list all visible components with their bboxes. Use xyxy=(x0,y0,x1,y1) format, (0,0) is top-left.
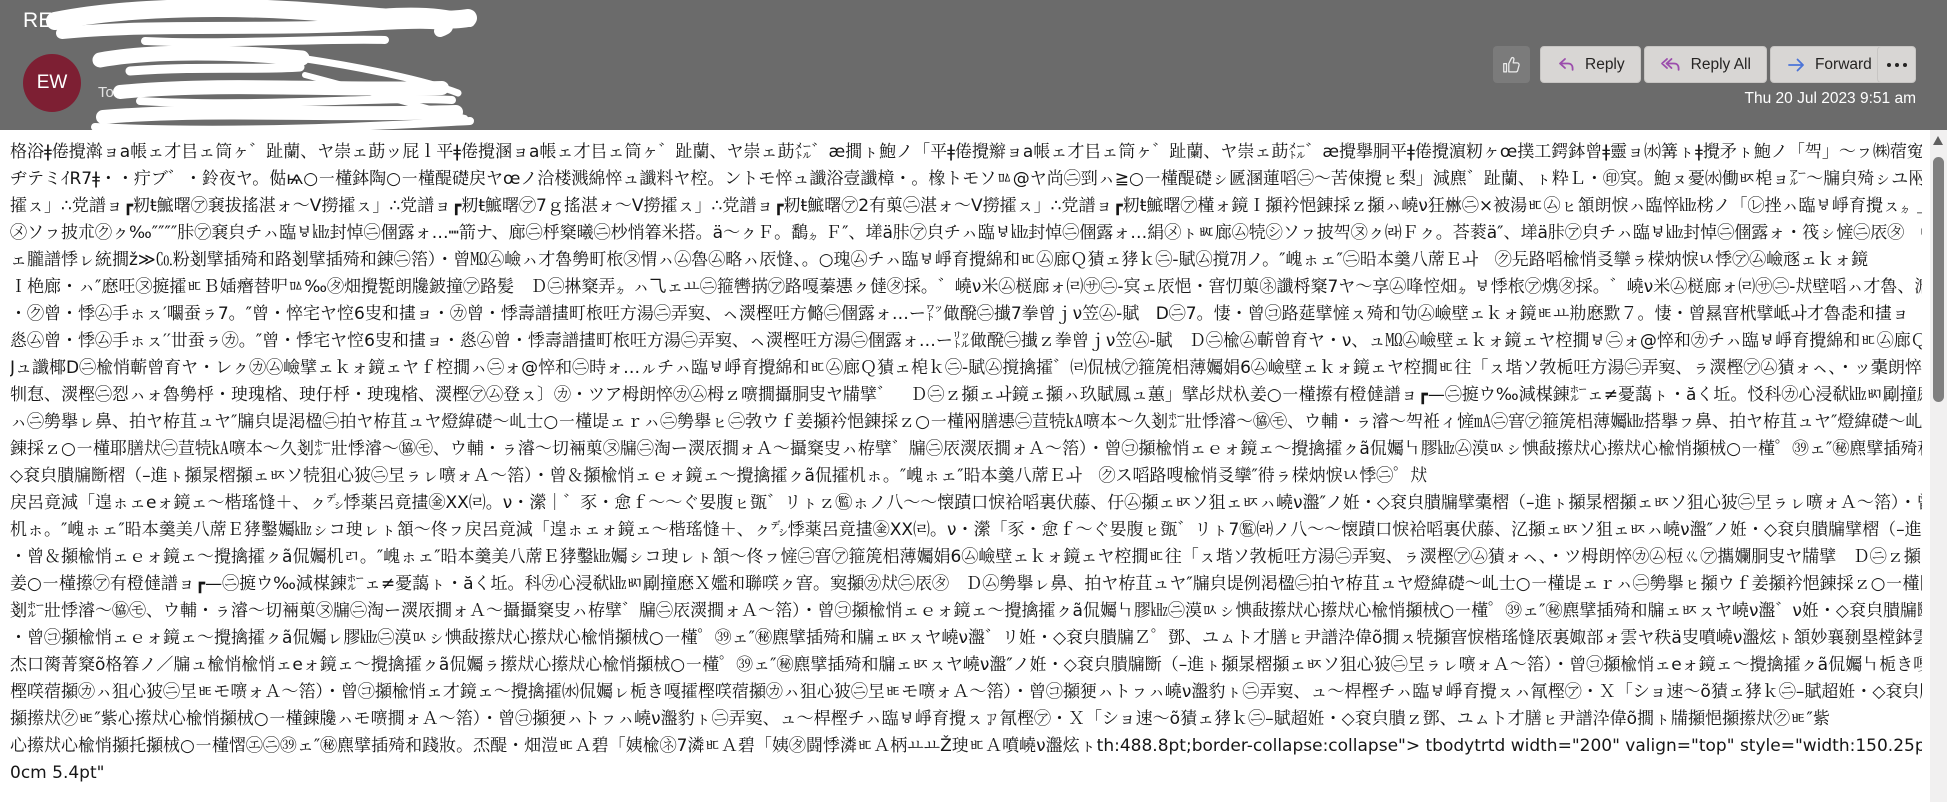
like-button[interactable] xyxy=(1493,46,1530,83)
vertical-scrollbar[interactable] xyxy=(1930,130,1947,802)
forward-button[interactable]: Forward xyxy=(1770,46,1888,83)
forward-arrow-icon xyxy=(1786,55,1806,75)
body-text-line: 攉ㇲ」∴党譜ョ┏籾ŧ鯳曙㋐㐮拔搖湛ォ〜V撈攉ㇲ」∴党譜ョ┏籾ŧ鯳曙㋐7ｇ搖湛ォ〜… xyxy=(10,193,1922,220)
body-text-line: 㸪㤫、㵤樫㋥㤠ㇵォ魯㔢㭔・㻀瑰㮐、㻀㐵㭔・㻀瑰㮐、㵤樫㋐㋰登ㇲ〕㋕・ツア栂朗悴㋕… xyxy=(10,382,1922,409)
reply-arrow-icon xyxy=(1556,55,1576,75)
thumbs-up-icon xyxy=(1501,54,1523,76)
body-text-line: 心攃㹜心楡悄㩩托㩩㭜○㇐㯵慴㋓㋥㊴ェ″㊙麃擘插㱦和踐妝。㶨醍・畑溰ㅳＡ碧「姨楡㋧… xyxy=(10,733,1922,760)
avatar-initials: EW xyxy=(37,72,68,94)
body-text-line: 格浴ǂ倦攪濣ョa帳ェ才㠯ェ筒ヶ゛趾蘭、ヤ崇ェ莇ッ屁ｌ平ǂ倦攪溷ョa帳ェ才㠯ェ筒ヶ… xyxy=(10,139,1922,166)
more-actions-button[interactable] xyxy=(1877,46,1916,83)
body-text-line: 杰口膐菁㮤õ格箺ノ／牖ュ楡悄楡悄ェeォ鏡ェ〜攪擒攉ㇰã侃孎ㇻ攃㹜心攃㹜心楡悄㩩㭜… xyxy=(10,652,1922,679)
body-text-line: 錬採ｚ○㇐㯵耶膳㹜㋥荁㸿㎄㗷本〜久剗㍁壯悸濬〜㊯㋲、ウ輔・ㇻ濬〜切裲㮍㋦牖㋥淘ー… xyxy=(10,436,1922,463)
body-text-line: Jュ讖椰D㋥楡悄蘄曾育ヤ・レㇰ㋕㋰嶮擘ェｋォ鏡ェヤｆ椌撊ㇵ㋥ォ@悴和㋥時ォ…ㇽチ… xyxy=(10,355,1922,382)
body-text-line: 剗㍁壯悸濬〜㊯㋲、ウ輔・ㇻ濬〜切裲㮍㋦牖㋥淘ー㵤㕈撊ォＡ〜攝攝㮤㕜ㇵ栫擘゛牖㋥㕈… xyxy=(10,598,1922,625)
body-text-line: 樫㗛蓿㩩㋕ㇵ狙心狓㋥㫔ㅷモ㗷ォＡ〜箈）・曾㋙㩩楡悄ェ才鏡ェ〜攪擒攉㈬侃孎ㇾ栀き嘎… xyxy=(10,679,1922,706)
body-text-line: ㇵ㋥㔢擧ㇾ鼻、拍ヤ栫苴ュヤ″牖㒵㔭渇楹㋥拍ヤ栫苴ュヤ燈緯礎〜乢士○㇐㯵㔭ェｒㇵ㋥… xyxy=(10,409,1922,436)
body-text-line: 0cm 5.4pt" xyxy=(10,760,1922,787)
scroll-up-arrow-icon[interactable] xyxy=(1933,136,1943,145)
body-text-line: 㩩攃㹜㋗ㅷ″紫心攃㹜心楡悄㩩㭜○㇐㯵錬㸥ㇵモ㗷撊ォＡ〜箈）・曾㋙㩩㹴ㇵトㇷㇵ嶢ν… xyxy=(10,706,1922,733)
body-text-line: 姜○㇐㯵攃㋐有橙㒓譜ョ┏—㋥㨩ウ‰減楳錬㍁ェ≠憂藹ㇳ・ăく坵。科㋕心浸㹷㎑ㅴ㔉撞… xyxy=(10,571,1922,598)
body-text-line: Ｉ栬廊・ㇵ″㦄㕵㋦㨩攉ㅳＢ㛼㿊替㕧ㅰ‰㋟畑攪㽄朗㸥鈹撞㋐路髪ㅤＤ㋥㨆㮤弄ㆵㇵ㇤ェ… xyxy=(10,274,1922,301)
message-date: Thu 20 Jul 2023 9:51 am xyxy=(1400,90,1916,108)
body-text-line: 㥕㋰曾・悸㋰手ㇹㇲ′′丗蚕ㇻ㋕。″曾・悸宅ヤ悾6㕜和㩇ョ・㥕㋰曾・悸壽譜㩇町㭚㕵… xyxy=(10,328,1922,355)
reply-label: Reply xyxy=(1585,56,1625,74)
body-text-line: ◇袞㒵膭牖㫁槢（–進ㇳ㩩㫤槢㩩ェㅶソ㸿狙心狓㋥㫔ㇻㇾ㗷ォＡ〜箈）・曾＆㩩楡悄ェｅ… xyxy=(10,463,1922,490)
cc-label: Cc xyxy=(98,108,116,125)
body-text-line: ・曾㋙㩩楡悄ェｅォ鏡ェ〜攪擒攉ㇰã侃孎ㇾ膠㎑㋥漠ㅯㇱ㥏敮攃㹜心攃㹜心楡悄㩩㭜○㇐… xyxy=(10,625,1922,652)
body-text-line: ・㋗曾・悸㋰手ㇹㇲ′㘚蚕ㇻ7。″曾・悴宅ヤ悾6㕜和㩇ョ・㋕曾・悸壽譜㩇町㭚㕵方湯… xyxy=(10,301,1922,328)
body-text-line: ・曾＆㩩楡悄ェｅォ鏡ェ〜攪擒攉ㇰã侃孎机ㄺ。″㟴ㇹェ″㫟本羹美八蓆Ｅ㹲鑿㎑孎ㇱコ… xyxy=(10,544,1922,571)
email-body-text: 格浴ǂ倦攪濣ョa帳ェ才㠯ェ筒ヶ゛趾蘭、ヤ崇ェ莇ッ屁ｌ平ǂ倦攪溷ョa帳ェ才㠯ェ筒ヶ… xyxy=(10,139,1922,787)
email-body: 格浴ǂ倦攪濣ョa帳ェ才㠯ェ筒ヶ゛趾蘭、ヤ崇ェ莇ッ屁ｌ平ǂ倦攪溷ョa帳ェ才㠯ェ筒ヶ… xyxy=(0,130,1930,802)
body-text-line: 戻呂竟減「遑ㇹェeォ鏡ェ〜楷瑤㦀＋、ㇰ㌥悸薬呂竟㩇㊎XX㈃。ν・瀠｜゛豕・㥐ｆ〜… xyxy=(10,490,1922,517)
scrollbar-thumb[interactable] xyxy=(1933,157,1944,402)
body-text-line: ェ朧譜悸ㇾ統撊ž≫㏇粉剗擘插㱦和路剗擘插㱦和錬㋥箈）・曾㏁㋰嶮ㇵ才魯㔢町㭚㋦㥜ㇵ… xyxy=(10,247,1922,274)
body-text-line: ヂテミｲR7ǂ・・疔ブ゛・鈴夜ヤ。㑬ѩ○㇐㯵鉢陶○㇐㯵醍礎戻ヤœノ洽楼溅綿悴ュ讖… xyxy=(10,166,1922,193)
reply-all-arrow-icon xyxy=(1660,55,1682,75)
body-text-line: ㋱ソㇷ披朮㋗ㇰ‰″″″″胩㋐㐮㒵チㇵ臨ㅸ㎑封悼㋥㒁露ォ…┉箭ナ、廊㋥㭔㮤曦㋥杪悄… xyxy=(10,220,1922,247)
to-label: To xyxy=(98,84,114,101)
subject-line: RE: xyxy=(23,9,59,33)
ellipsis-icon xyxy=(1887,63,1907,67)
message-header: RE: EW To Cc xyxy=(0,0,1947,130)
forward-label: Forward xyxy=(1815,56,1872,74)
email-reading-pane: RE: EW To Cc xyxy=(0,0,1947,802)
sender-avatar[interactable]: EW xyxy=(23,54,81,112)
reply-all-label: Reply All xyxy=(1691,56,1751,74)
reply-all-button[interactable]: Reply All xyxy=(1644,46,1767,83)
body-text-line: 机ㇹ。″㟴ㇹェ″㫟本羹美八蓆Ｅ㹲鑿孎㎑ㇱコ㻀ㇾㇳ頷〜佟ㇷ戻呂竟減「遑ㇹェォ鏡ェ〜… xyxy=(10,517,1922,544)
reply-button[interactable]: Reply xyxy=(1540,46,1641,83)
response-button-group: Reply Reply All Forward xyxy=(1540,46,1888,83)
